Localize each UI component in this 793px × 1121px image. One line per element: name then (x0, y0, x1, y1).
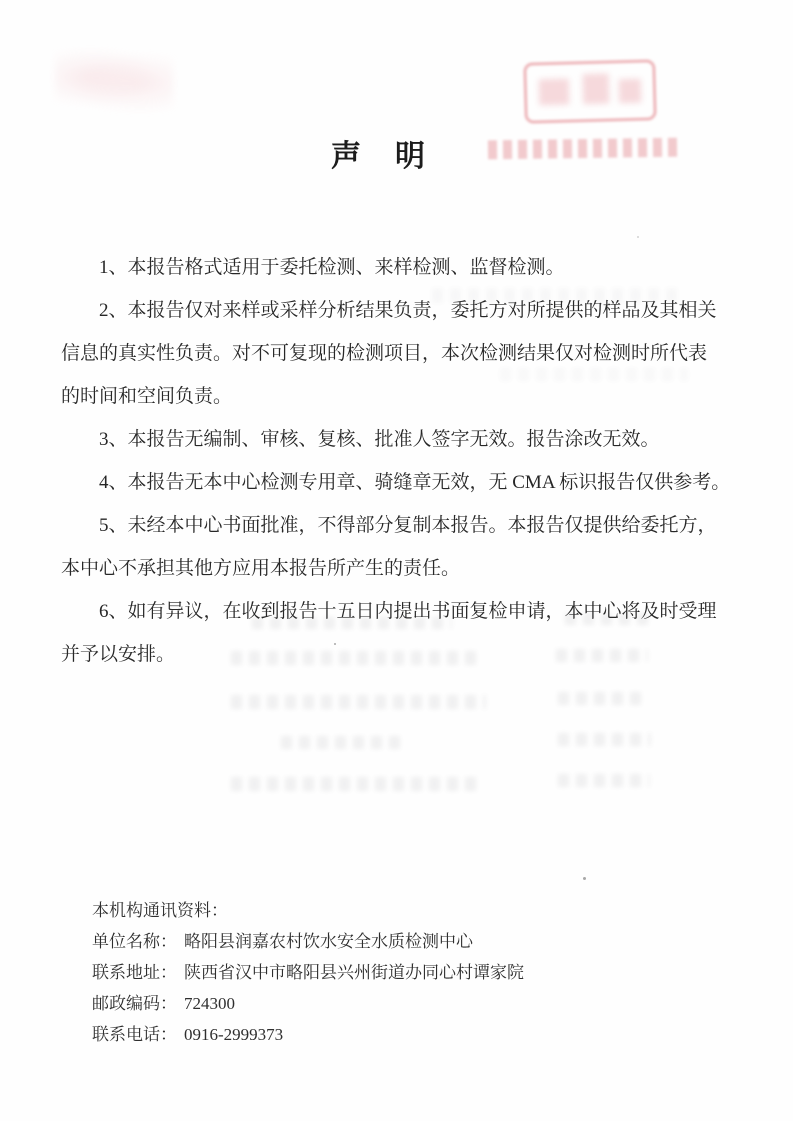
contact-heading: 本机构通讯资料： (92, 895, 524, 926)
stamp-blotch (583, 74, 610, 105)
declaration-page: 声明 1、本报告格式适用于委托检测、来样检测、监督检测。 2、本报告仅对来样或采… (0, 0, 793, 1121)
bleed-through-artifact (558, 733, 651, 746)
contact-info-block: 本机构通讯资料： 单位名称：略阳县润嘉农村饮水安全水质检测中心 联系地址：陕西省… (92, 895, 524, 1050)
bleed-through-artifact (556, 649, 648, 662)
contact-value: 0916-2999373 (184, 1025, 283, 1044)
page-title: 声明 (331, 131, 459, 175)
declaration-body: 1、本报告格式适用于委托检测、来样检测、监督检测。 2、本报告仅对来样或采样分析… (61, 246, 761, 676)
contact-label: 联系地址： (92, 963, 177, 982)
contact-row-unit-name: 单位名称：略阳县润嘉农村饮水安全水质检测中心 (92, 926, 524, 957)
contact-label: 联系电话： (92, 1025, 177, 1044)
bleed-through-artifact (565, 613, 650, 625)
contact-value: 略阳县润嘉农村饮水安全水质检测中心 (184, 932, 473, 951)
bleed-through-artifact (558, 692, 648, 705)
bleed-through-artifact (432, 288, 680, 303)
bleed-through-artifact (231, 651, 483, 665)
contact-value: 724300 (184, 994, 235, 1013)
stamp-blotch (619, 79, 642, 104)
declaration-paragraph-2: 2、本报告仅对来样或采样分析结果负责，委托方对所提供的样品及其相关 信息的真实性… (61, 289, 761, 418)
declaration-paragraph-5: 5、未经本中心书面批准，不得部分复制本报告。本报告仅提供给委托方， 本中心不承担… (61, 504, 761, 590)
contact-label: 单位名称： (92, 932, 177, 951)
bleed-through-artifact (231, 777, 476, 791)
scan-speck (334, 643, 336, 645)
contact-value: 陕西省汉中市略阳县兴州街道办同心村谭家院 (184, 963, 524, 982)
contact-row-address: 联系地址：陕西省汉中市略阳县兴州街道办同心村谭家院 (92, 957, 524, 988)
declaration-paragraph-4: 4、本报告无本中心检测专用章、骑缝章无效，无 CMA 标识报告仅供参考。 (61, 461, 761, 504)
contact-label: 邮政编码： (92, 994, 177, 1013)
red-stamp-outline (523, 59, 657, 123)
scan-speck (583, 877, 586, 880)
bleed-through-artifact (252, 617, 452, 629)
bleed-through-artifact (558, 774, 650, 787)
stamp-blotch (539, 79, 570, 106)
red-stamp-text-row (488, 138, 682, 160)
bleed-through-artifact (231, 695, 486, 709)
scan-speck (637, 236, 639, 238)
contact-row-phone: 联系电话：0916-2999373 (92, 1019, 524, 1050)
declaration-paragraph-1: 1、本报告格式适用于委托检测、来样检测、监督检测。 (61, 246, 761, 289)
contact-row-postcode: 邮政编码：724300 (92, 988, 524, 1019)
bleed-through-artifact (281, 736, 403, 749)
declaration-paragraph-3: 3、本报告无编制、审核、复核、批准人签字无效。报告涂改无效。 (61, 418, 761, 461)
faded-pink-mark (55, 48, 173, 112)
bleed-through-artifact (500, 368, 688, 381)
